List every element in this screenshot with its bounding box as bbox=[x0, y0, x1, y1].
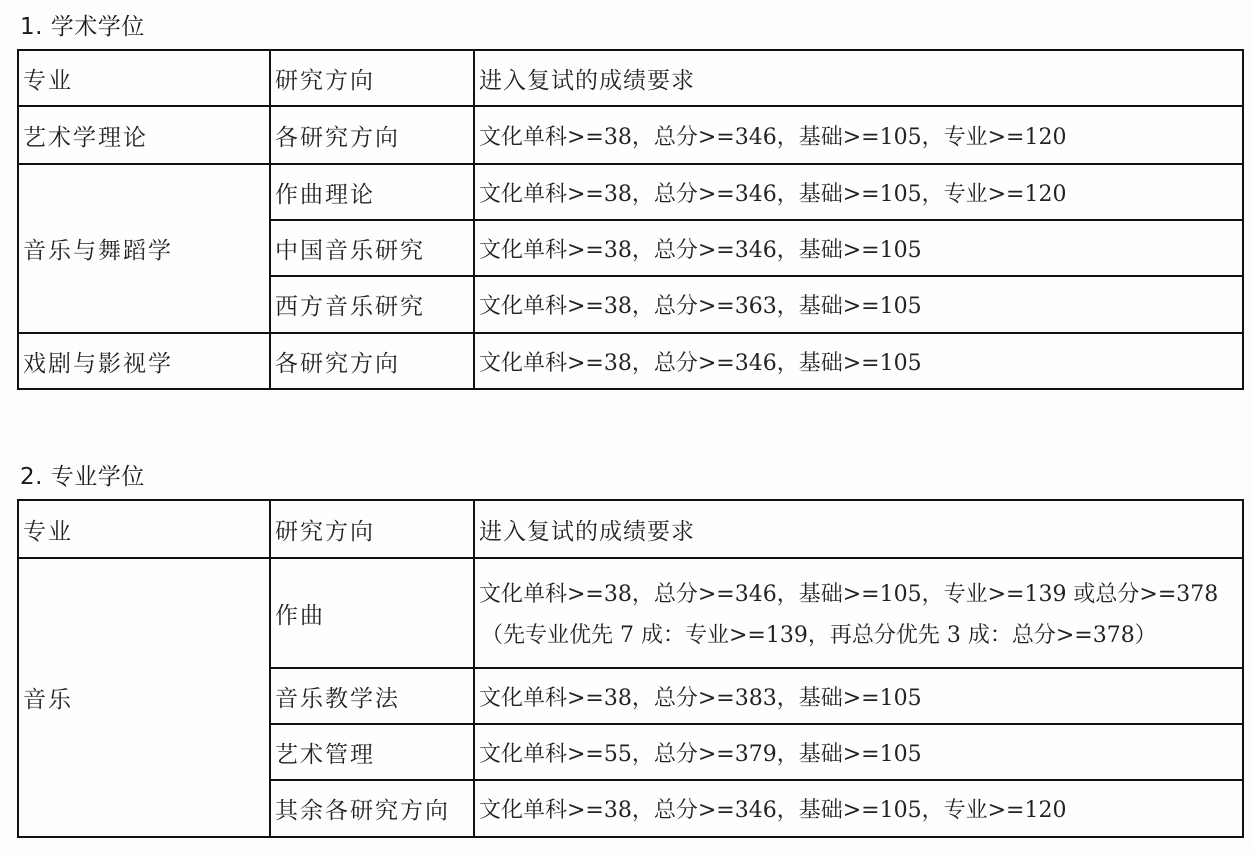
requirement-cell: 文化单科>=38，总分>=383，基础>=105 bbox=[474, 668, 1243, 724]
professional-degree-table: 专业 研究方向 进入复试的成绩要求 音乐 作曲 文化单科>=38，总分>=346… bbox=[17, 499, 1244, 838]
major-cell: 艺术学理论 bbox=[18, 106, 270, 164]
direction-cell: 作曲 bbox=[270, 558, 474, 668]
header-major: 专业 bbox=[18, 500, 270, 558]
requirement-cell: 文化单科>=38，总分>=346，基础>=105 bbox=[474, 333, 1243, 389]
direction-cell: 各研究方向 bbox=[270, 106, 474, 164]
table-header-row: 专业 研究方向 进入复试的成绩要求 bbox=[18, 500, 1243, 558]
table-header-row: 专业 研究方向 进入复试的成绩要求 bbox=[18, 50, 1243, 106]
requirement-cell: 文化单科>=55，总分>=379，基础>=105 bbox=[474, 724, 1243, 780]
header-requirement: 进入复试的成绩要求 bbox=[474, 50, 1243, 106]
major-cell: 音乐与舞蹈学 bbox=[18, 164, 270, 333]
requirement-cell: 文化单科>=38，总分>=346，基础>=105，专业>=120 bbox=[474, 164, 1243, 220]
table-row: 音乐 作曲 文化单科>=38，总分>=346，基础>=105，专业>=139 或… bbox=[18, 558, 1243, 668]
table-row: 戏剧与影视学 各研究方向 文化单科>=38，总分>=346，基础>=105 bbox=[18, 333, 1243, 389]
requirement-cell: 文化单科>=38，总分>=346，基础>=105，专业>=120 bbox=[474, 780, 1243, 837]
section-title-professional: 2. 专业学位 bbox=[20, 458, 145, 491]
requirement-cell: 文化单科>=38，总分>=363，基础>=105 bbox=[474, 276, 1243, 333]
major-cell: 音乐 bbox=[18, 558, 270, 837]
academic-degree-table: 专业 研究方向 进入复试的成绩要求 艺术学理论 各研究方向 文化单科>=38，总… bbox=[17, 49, 1244, 390]
direction-cell: 艺术管理 bbox=[270, 724, 474, 780]
direction-cell: 西方音乐研究 bbox=[270, 276, 474, 333]
section-title-academic: 1. 学术学位 bbox=[20, 8, 145, 41]
requirement-cell: 文化单科>=38，总分>=346，基础>=105 bbox=[474, 220, 1243, 276]
direction-cell: 音乐教学法 bbox=[270, 668, 474, 724]
requirement-cell: 文化单科>=38，总分>=346，基础>=105，专业>=139 或总分>=37… bbox=[474, 558, 1243, 668]
requirement-cell: 文化单科>=38，总分>=346，基础>=105，专业>=120 bbox=[474, 106, 1243, 164]
header-direction: 研究方向 bbox=[270, 500, 474, 558]
header-requirement: 进入复试的成绩要求 bbox=[474, 500, 1243, 558]
requirement-text: 文化单科>=38，总分>=346，基础>=105，专业>=139 或总分>=37… bbox=[479, 577, 1242, 608]
header-major: 专业 bbox=[18, 50, 270, 106]
table-row: 艺术学理论 各研究方向 文化单科>=38，总分>=346，基础>=105，专业>… bbox=[18, 106, 1243, 164]
direction-cell: 中国音乐研究 bbox=[270, 220, 474, 276]
header-direction: 研究方向 bbox=[270, 50, 474, 106]
table-row: 音乐与舞蹈学 作曲理论 文化单科>=38，总分>=346，基础>=105，专业>… bbox=[18, 164, 1243, 220]
requirement-note: （先专业优先 7 成：专业>=139，再总分优先 3 成：总分>=378） bbox=[479, 608, 1242, 649]
direction-cell: 其余各研究方向 bbox=[270, 780, 474, 837]
direction-cell: 作曲理论 bbox=[270, 164, 474, 220]
major-cell: 戏剧与影视学 bbox=[18, 333, 270, 389]
direction-cell: 各研究方向 bbox=[270, 333, 474, 389]
